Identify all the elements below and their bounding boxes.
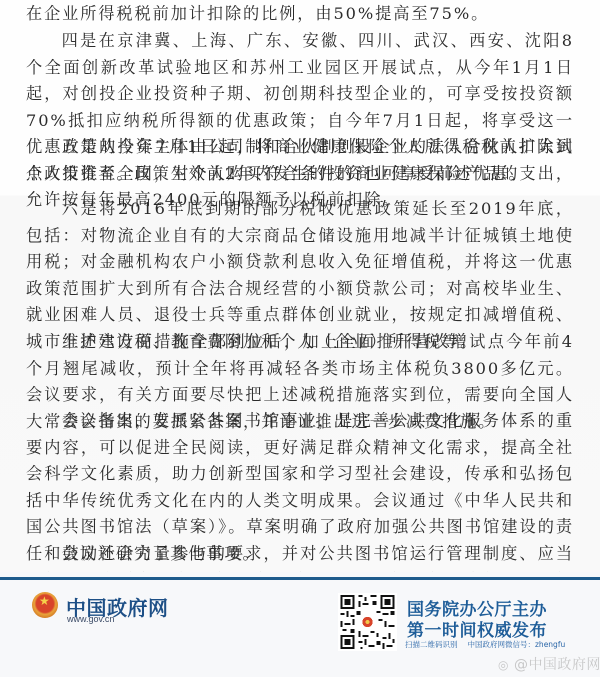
article-body: 在企业所得税税前加计扣除的比例，由50%提高至75%。 四是在京津冀、上海、广东… bbox=[0, 0, 600, 572]
footer-divider bbox=[0, 577, 600, 580]
paragraph-other-matters: 会议还研究了其他事项。 bbox=[26, 541, 574, 568]
scan-hint: 扫描二维码识别 bbox=[405, 640, 458, 649]
paragraph-3-tail: 在企业所得税税前加计扣除的比例，由50%提高至75%。 bbox=[26, 1, 574, 28]
watermark-text: @中国政府网 bbox=[514, 657, 600, 673]
qr-code-icon[interactable] bbox=[338, 593, 397, 651]
wechat-id: 中国政府网微信号：zhengfu bbox=[468, 640, 566, 649]
weibo-watermark: ◎ @中国政府网 bbox=[498, 654, 600, 674]
slogan-authority: 第一时间权威发布 bbox=[407, 616, 547, 641]
national-emblem-icon bbox=[32, 592, 58, 618]
weibo-icon: ◎ bbox=[498, 658, 509, 672]
brand-url[interactable]: www.gov.cn bbox=[67, 614, 114, 624]
scan-instructions: 扫描二维码识别中国政府网微信号：zhengfu bbox=[405, 639, 565, 650]
